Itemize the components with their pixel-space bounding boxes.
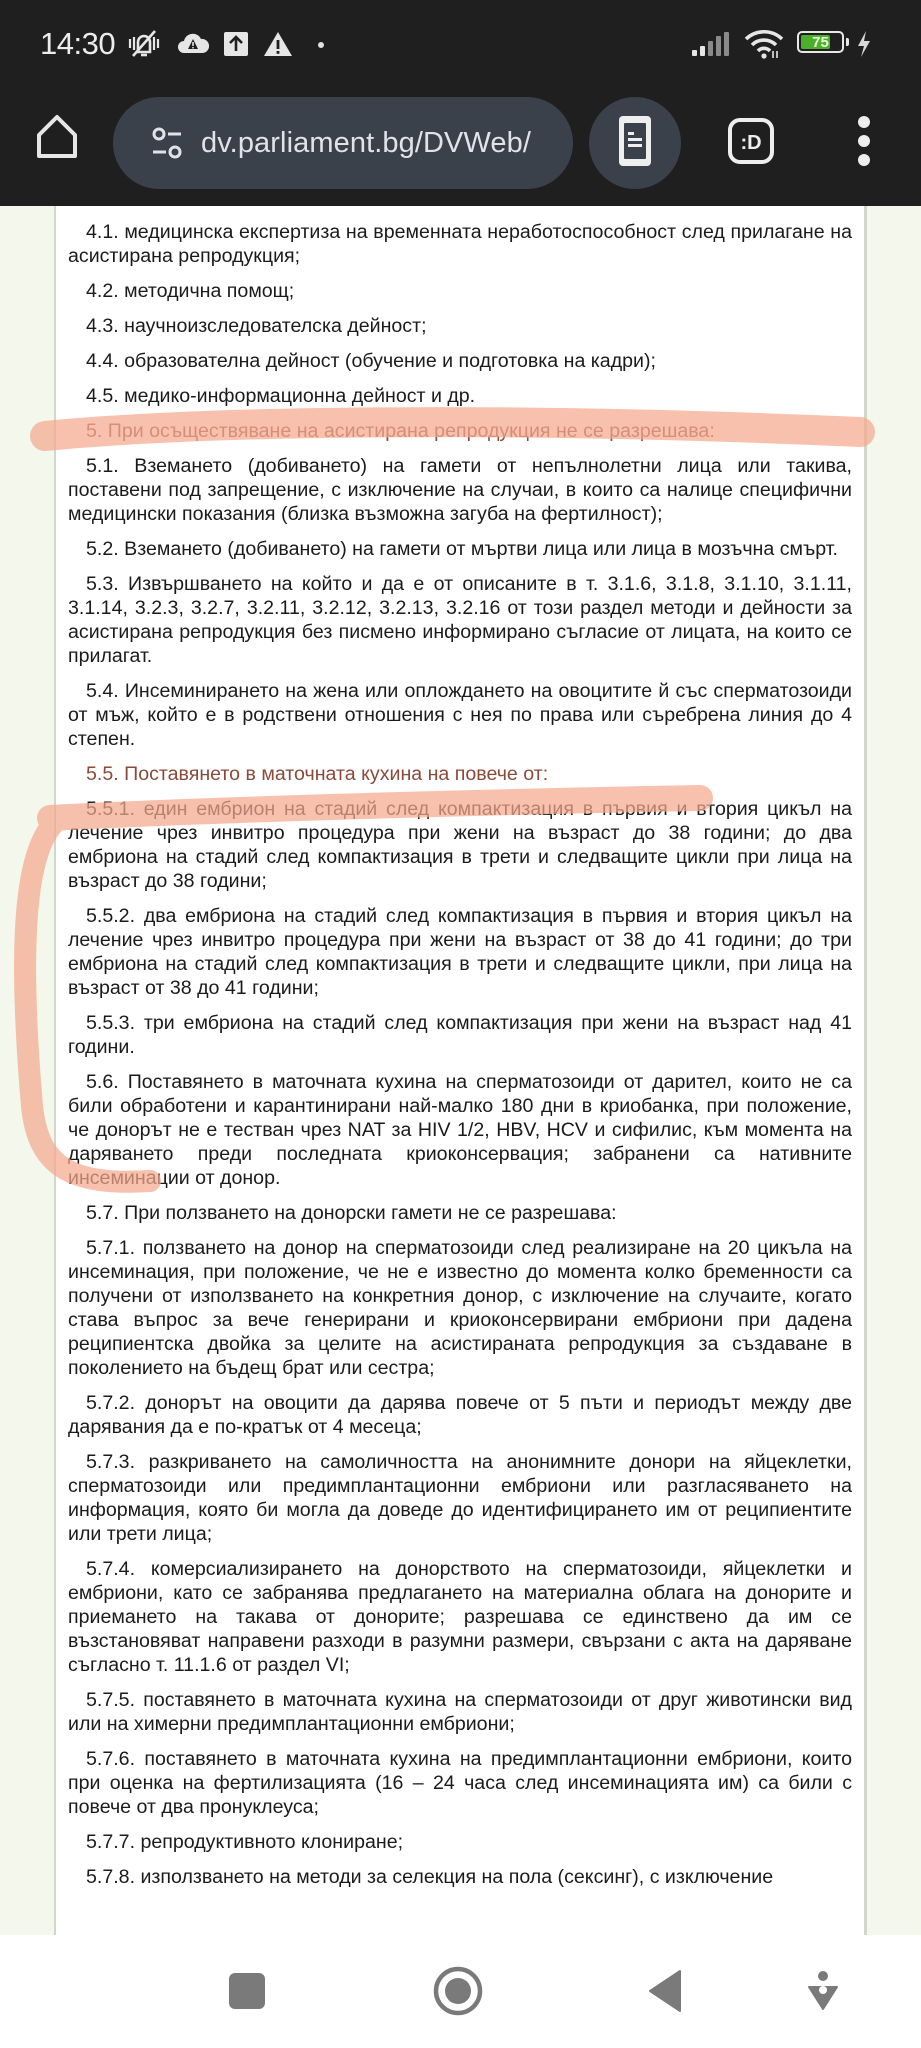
paragraph: 5.7.4. комерсиализирането на донорството… — [68, 1557, 852, 1677]
clock: 14:30 — [40, 26, 115, 62]
extension-label: :D — [740, 132, 761, 154]
battery-level: 75 — [799, 33, 842, 51]
url-text[interactable]: dv.parliament.bg/DVWeb/ — [201, 127, 531, 160]
recents-square-icon[interactable] — [228, 1965, 266, 2017]
status-bar: 14:30 75 — [0, 0, 921, 86]
paragraph: 4.1. медицинска експертиза на временната… — [68, 220, 852, 268]
reader-mode-icon — [617, 114, 653, 173]
paragraph: 4.5. медико-информационна дейност и др. — [68, 384, 852, 408]
tune-icon[interactable] — [147, 123, 187, 163]
paragraph: 5.5.2. два ембриона на стадий след компа… — [68, 904, 852, 1000]
paragraph: 5.7.8. използването на методи за селекци… — [68, 1865, 852, 1889]
paragraph: 5.7.1. ползването на донор на сперматозо… — [68, 1236, 852, 1380]
cloud-alert-icon — [176, 30, 210, 58]
paragraph: 4.3. научноизследователска дейност; — [68, 314, 852, 338]
paragraph: 5.4. Инсеминирането на жена или оплождан… — [68, 679, 852, 751]
charging-bolt-icon — [855, 30, 873, 58]
home-icon[interactable] — [30, 110, 84, 164]
browser-toolbar: dv.parliament.bg/DVWeb/ :D — [0, 86, 921, 206]
paragraph: 4.4. образователна дейност (обучение и п… — [68, 349, 852, 373]
vibrate-mute-bell-icon — [124, 30, 164, 58]
paragraph: 5.7.3. разкриването на самоличността на … — [68, 1450, 852, 1546]
paragraph: 5.6. Поставянето в маточната кухина на с… — [68, 1070, 852, 1190]
paragraph: 5.1. Вземането (добиването) на гамети от… — [68, 454, 852, 526]
highlighted-paragraph: 5.5. Поставянето в маточната кухина на п… — [68, 762, 852, 786]
web-page[interactable]: 4.1. медицинска експертиза на временната… — [0, 206, 921, 1935]
cell-signal-icon — [690, 30, 732, 58]
address-bar[interactable]: dv.parliament.bg/DVWeb/ — [113, 97, 573, 189]
paragraph: 5.2. Вземането (добиването) на гамети от… — [68, 537, 852, 561]
paragraph: 5.5.3. три ембриона на стадий след компа… — [68, 1011, 852, 1059]
paragraph: 4.2. методична помощ; — [68, 279, 852, 303]
battery-cap — [846, 38, 849, 46]
document-body: 4.1. медицинска експертиза на временната… — [54, 206, 867, 1935]
paragraph: 5.3. Извършването на който и да е от опи… — [68, 572, 852, 668]
back-triangle-icon[interactable] — [647, 1965, 683, 2017]
accessibility-icon[interactable] — [807, 1965, 839, 2017]
paragraph: 5.7.6. поставянето в маточната кухина на… — [68, 1747, 852, 1819]
wifi-icon — [743, 30, 785, 58]
battery-icon: 75 — [797, 31, 844, 53]
paragraph: 5.7.2. донорът на овоцити да дарява пове… — [68, 1391, 852, 1439]
paragraph: 5.7.5. поставянето в маточната кухина на… — [68, 1688, 852, 1736]
system-nav-bar — [0, 1935, 921, 2048]
more-vert-icon[interactable] — [850, 111, 878, 173]
paragraph: 5.7.7. репродуктивното клониране; — [68, 1830, 852, 1854]
upload-icon — [223, 30, 249, 58]
paragraph: 5.5.1. един ембрион на стадий след компа… — [68, 797, 852, 893]
home-circle-icon[interactable] — [432, 1965, 484, 2017]
paragraph: 5.7. При ползването на донорски гамети н… — [68, 1201, 852, 1225]
extension-button[interactable]: :D — [727, 117, 775, 165]
warning-icon — [263, 30, 293, 58]
notification-dot-icon — [318, 42, 324, 48]
reader-mode-button[interactable] — [589, 97, 681, 189]
highlighted-paragraph: 5. При осъществяване на асистирана репро… — [68, 419, 852, 443]
